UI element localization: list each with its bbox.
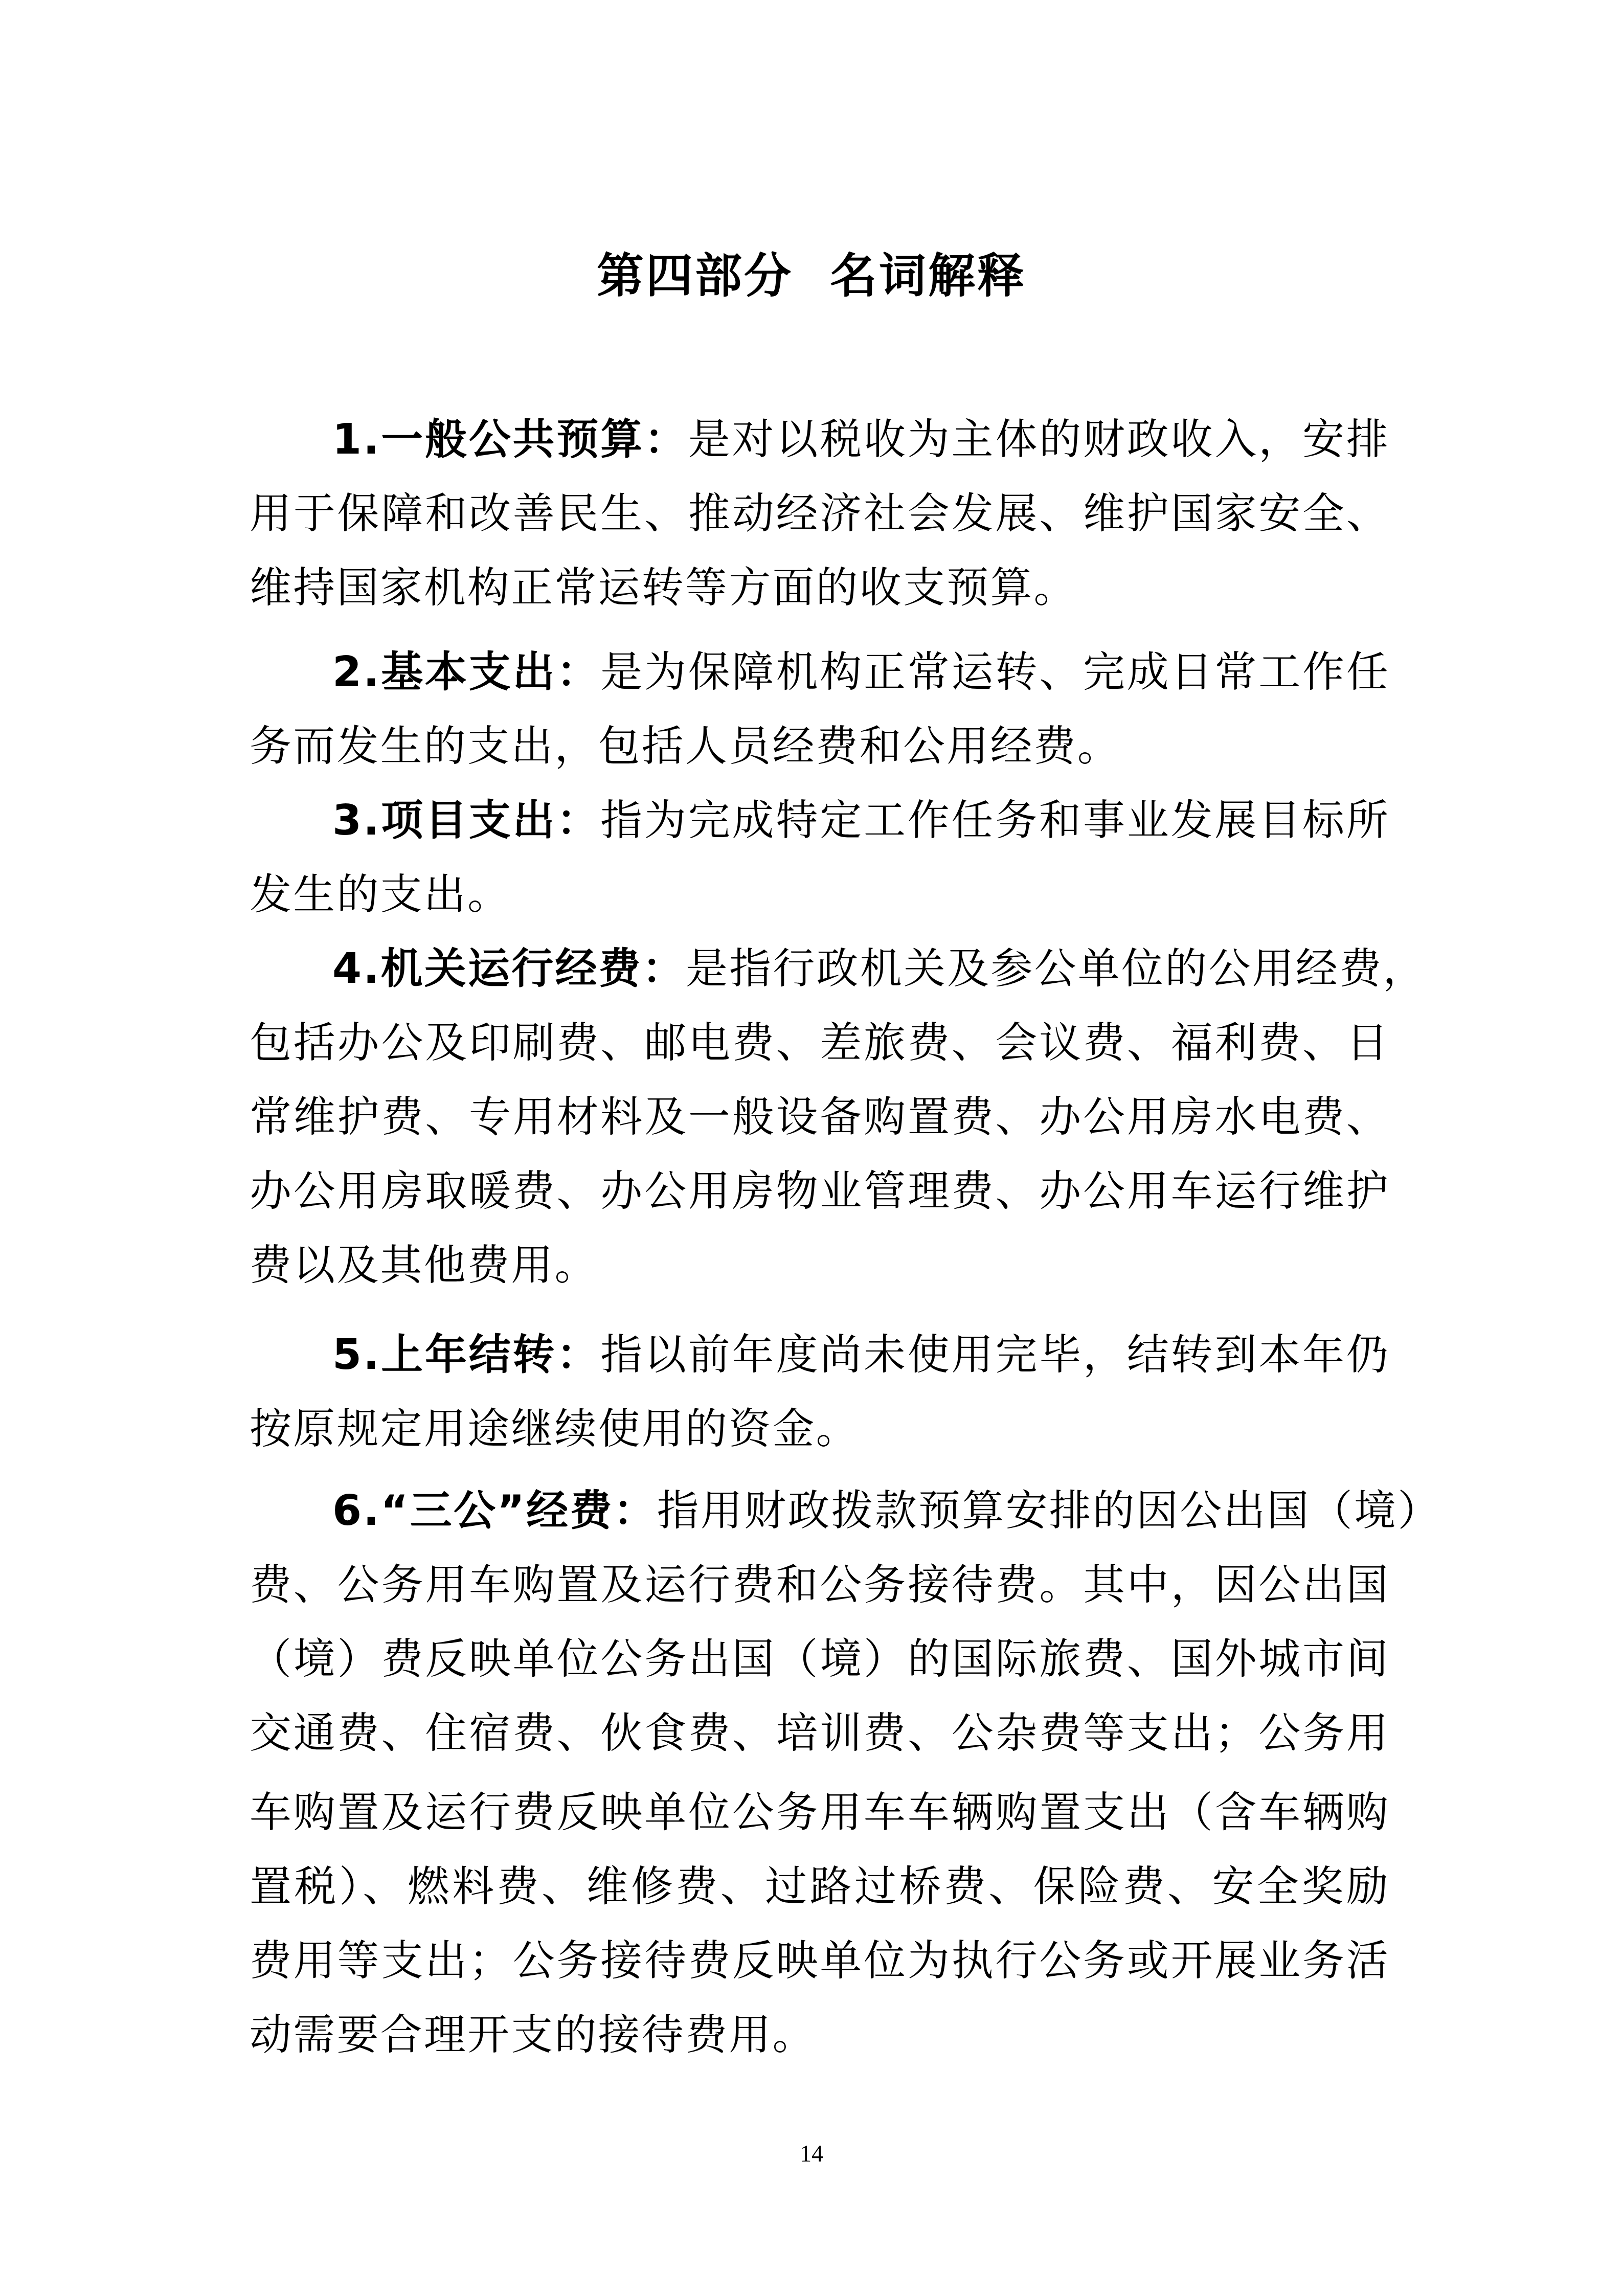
entry-text: 是指行政机关及参公单位的公用经费，: [686, 944, 1426, 993]
entry-text: 是对以税收为主体的财政收入，安排: [688, 415, 1390, 464]
entry-text: 指以前年度尚未使用完毕，结转到本年仍: [600, 1331, 1390, 1379]
entry-term: 5.上年结转：: [332, 1331, 600, 1379]
entry-text: 指用财政拨款预算安排的因公出国（境）: [657, 1487, 1441, 1535]
entry-4-line-1: 4.机关运行经费：是指行政机关及参公单位的公用经费，: [332, 938, 1390, 1000]
entry-term: 1.一般公共预算：: [332, 415, 688, 464]
entry-term: 3.项目支出：: [332, 796, 600, 845]
entry-4-line-2: 包括办公及印刷费、邮电费、差旅费、会议费、福利费、日: [250, 1012, 1390, 1074]
entry-1-line-1: 1.一般公共预算：是对以税收为主体的财政收入，安排: [332, 409, 1390, 470]
entry-4-line-3: 常维护费、专用材料及一般设备购置费、办公用房水电费、: [250, 1087, 1390, 1148]
entry-6-line-6: 置税）、燃料费、维修费、过路过桥费、保险费、安全奖励: [250, 1856, 1390, 1918]
entry-5-line-2: 按原规定用途继续使用的资金。: [250, 1399, 1390, 1460]
page-number: 14: [0, 2139, 1623, 2169]
entry-6-line-1: 6.“三公”经费：指用财政拨款预算安排的因公出国（境）: [332, 1480, 1390, 1542]
entry-text: 指为完成特定工作任务和事业发展目标所: [600, 796, 1390, 845]
entry-3-line-2: 发生的支出。: [250, 864, 1390, 926]
entry-text: 是为保障机构正常运转、完成日常工作任: [600, 648, 1390, 696]
entry-4-line-4: 办公用房取暖费、办公用房物业管理费、办公用车运行维护: [250, 1161, 1390, 1222]
entry-6-line-3: （境）费反映单位公务出国（境）的国际旅费、国外城市间: [250, 1629, 1390, 1690]
document-page: 第四部分 名词解释 1.一般公共预算：是对以税收为主体的财政收入，安排 用于保障…: [0, 0, 1623, 2296]
entry-1-line-2: 用于保障和改善民生、推动经济社会发展、维护国家安全、: [250, 483, 1390, 545]
entry-6-line-8: 动需要合理开支的接待费用。: [250, 2005, 1390, 2066]
entry-2-line-2: 务而发生的支出，包括人员经费和公用经费。: [250, 716, 1390, 777]
entry-1-line-3: 维持国家机构正常运转等方面的收支预算。: [250, 557, 1390, 619]
entry-5-line-1: 5.上年结转：指以前年度尚未使用完毕，结转到本年仍: [332, 1324, 1390, 1386]
entry-6-line-2: 费、公务用车购置及运行费和公务接待费。其中，因公出国: [250, 1555, 1390, 1616]
entry-term: 2.基本支出：: [332, 648, 600, 696]
entry-6-line-5: 车购置及运行费反映单位公务用车车辆购置支出（含车辆购: [250, 1782, 1390, 1843]
page-title: 第四部分 名词解释: [0, 240, 1623, 312]
entry-2-line-1: 2.基本支出：是为保障机构正常运转、完成日常工作任: [332, 642, 1390, 703]
entry-6-line-4: 交通费、住宿费、伙食费、培训费、公杂费等支出；公务用: [250, 1703, 1390, 1764]
entry-4-line-5: 费以及其他费用。: [250, 1235, 1390, 1296]
entry-3-line-1: 3.项目支出：指为完成特定工作任务和事业发展目标所: [332, 790, 1390, 851]
entry-6-line-7: 费用等支出；公务接待费反映单位为执行公务或开展业务活: [250, 1930, 1390, 1992]
entry-term: 6.“三公”经费：: [332, 1487, 657, 1535]
entry-term: 4.机关运行经费：: [332, 944, 686, 993]
